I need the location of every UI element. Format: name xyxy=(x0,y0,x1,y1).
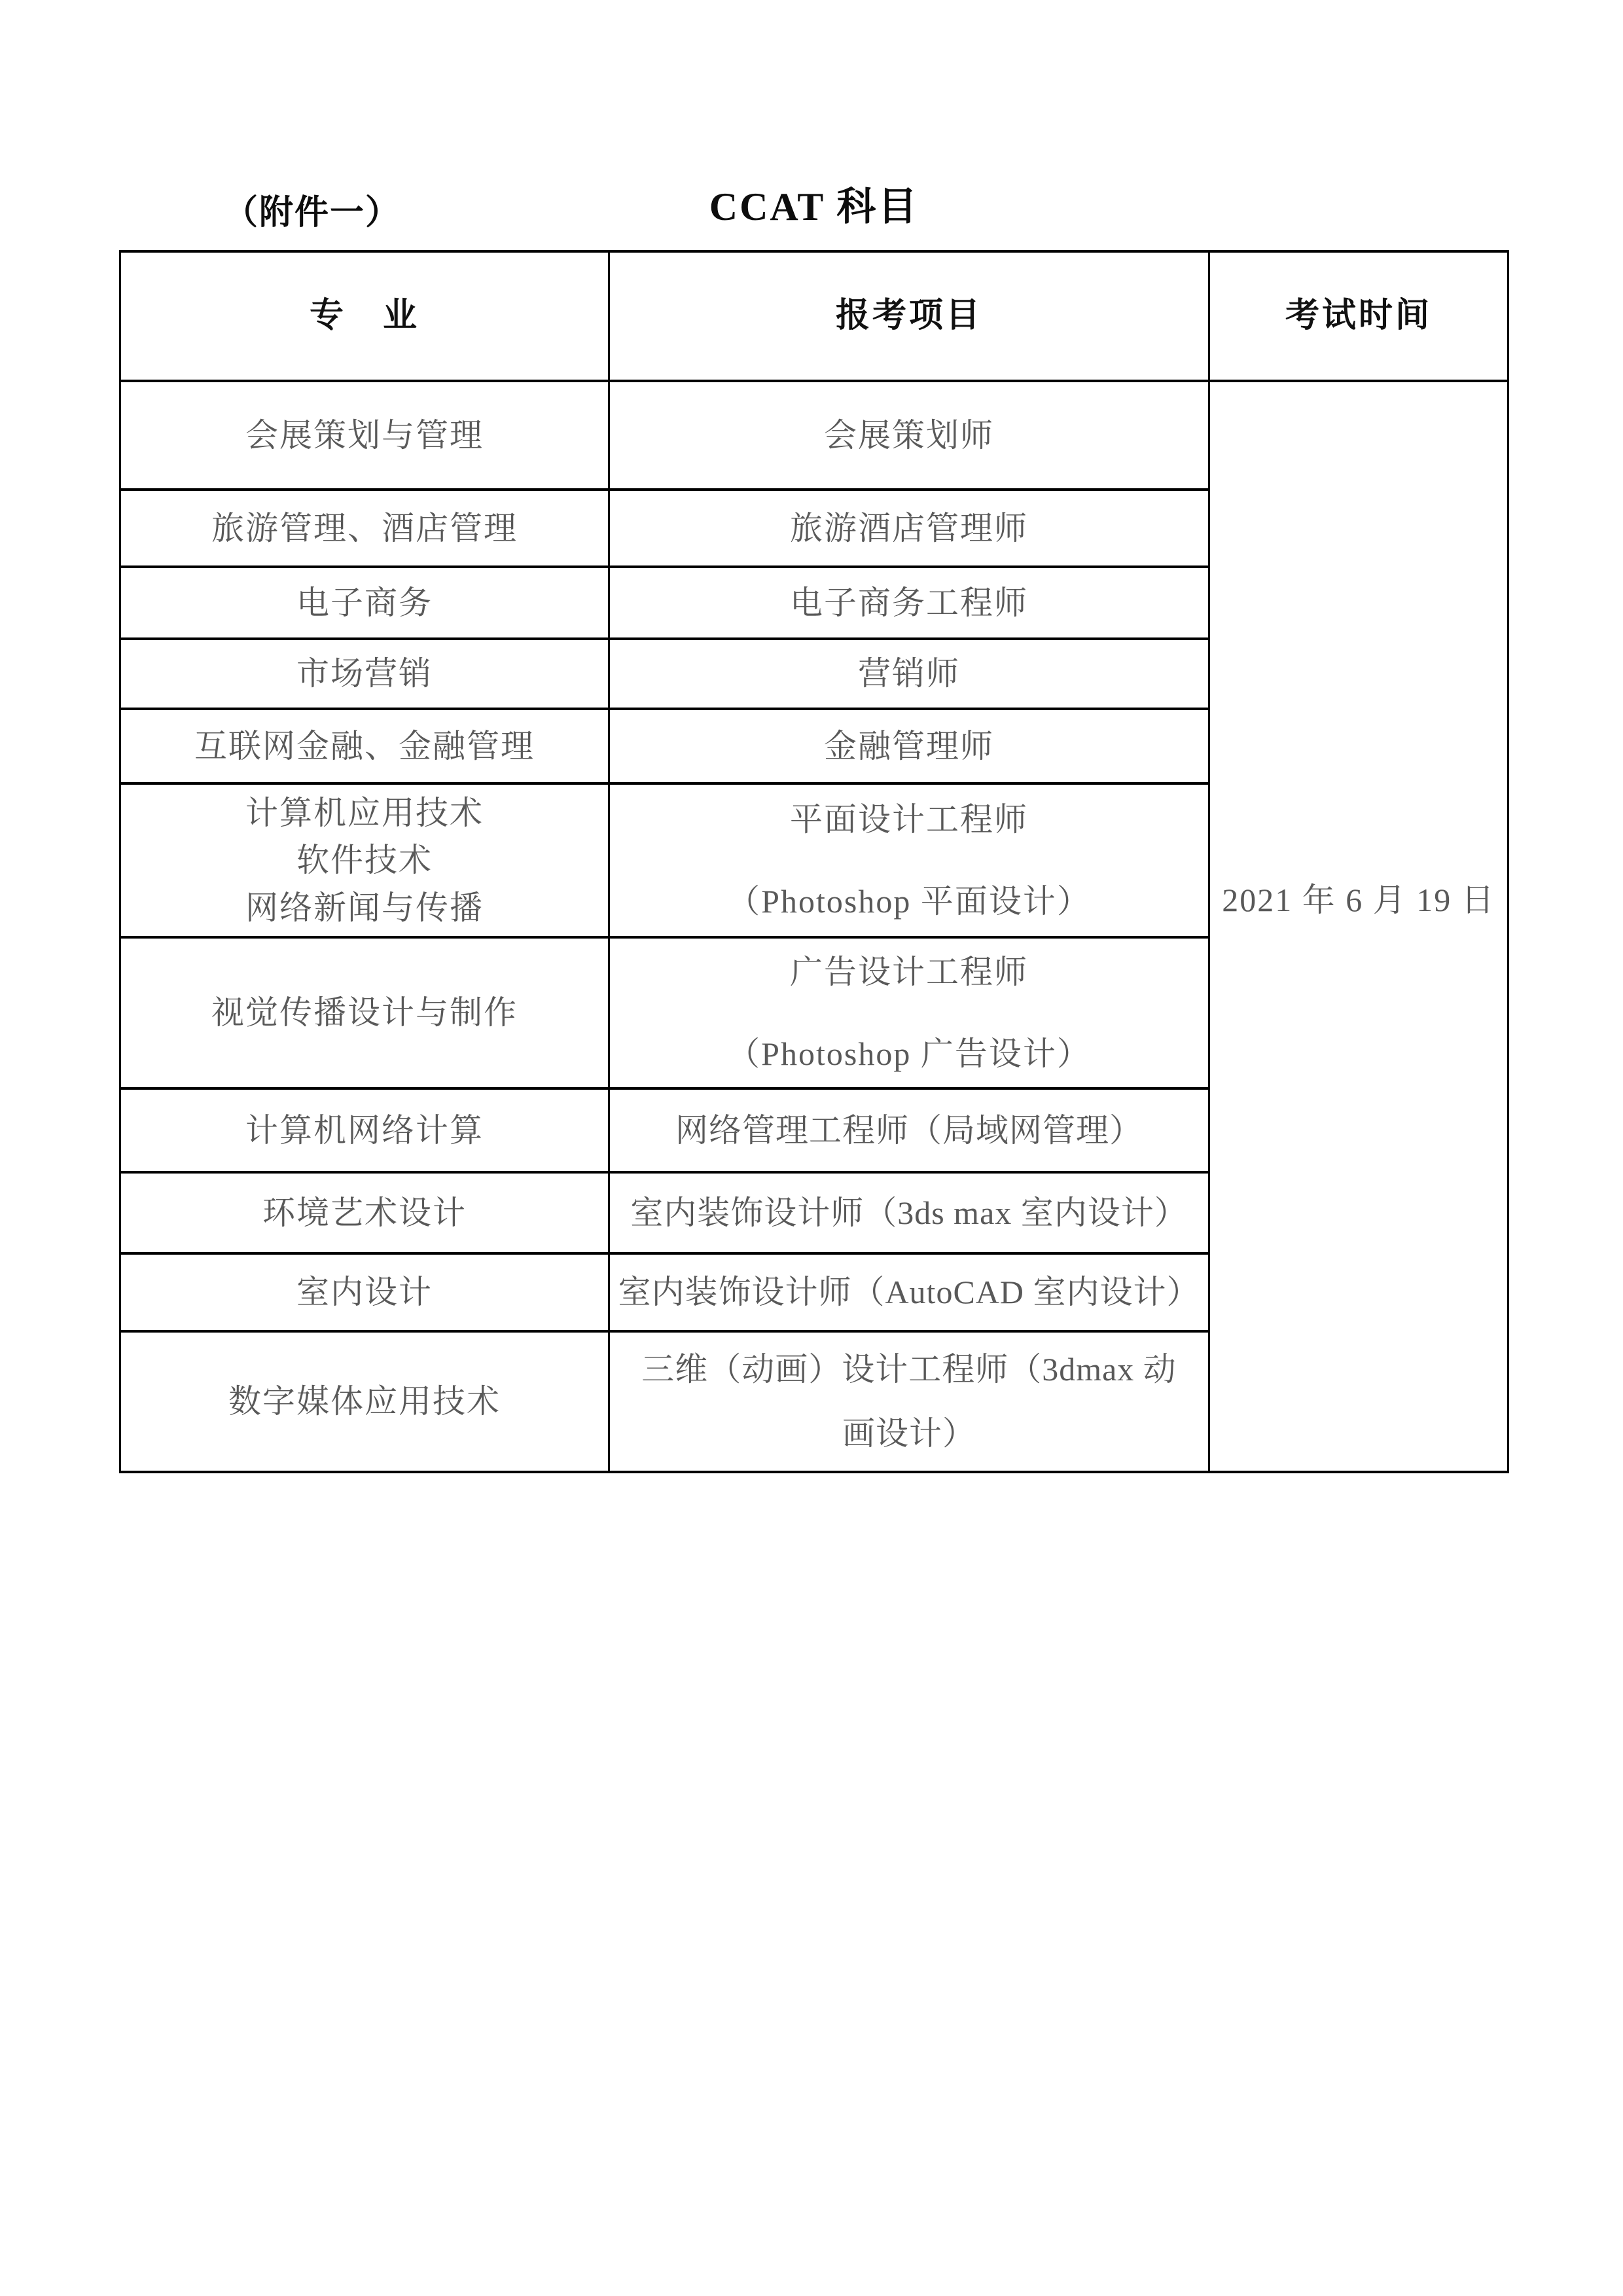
project-cell: 广告设计工程师 （Photoshop 广告设计） xyxy=(610,939,1210,1090)
project-cell: 营销师 xyxy=(610,640,1210,710)
column-header-time: 考试时间 xyxy=(1210,253,1507,382)
ccat-subjects-table: 专 业 报考项目 考试时间 2021 年 6 月 19 日 会展策划与管理 会展… xyxy=(119,250,1509,1473)
project-cell: 网络管理工程师（局域网管理） xyxy=(610,1090,1210,1174)
major-cell: 数字媒体应用技术 xyxy=(121,1333,610,1471)
major-cell: 会展策划与管理 xyxy=(121,382,610,491)
project-cell: 金融管理师 xyxy=(610,710,1210,785)
major-cell: 互联网金融、金融管理 xyxy=(121,710,610,785)
page-title: CCAT 科目 xyxy=(119,175,1509,232)
major-cell: 计算机网络计算 xyxy=(121,1090,610,1174)
major-cell: 计算机应用技术 软件技术 网络新闻与传播 xyxy=(121,785,610,939)
column-header-project: 报考项目 xyxy=(610,253,1210,382)
major-cell: 环境艺术设计 xyxy=(121,1174,610,1255)
document-page: （附件一） CCAT 科目 专 业 报考项目 考试时间 2021 年 6 月 1… xyxy=(0,0,1623,2296)
major-cell: 电子商务 xyxy=(121,568,610,640)
project-cell: 室内装饰设计师（AutoCAD 室内设计） xyxy=(610,1255,1210,1333)
major-cell: 视觉传播设计与制作 xyxy=(121,939,610,1090)
major-cell: 旅游管理、酒店管理 xyxy=(121,491,610,568)
exam-time-cell: 2021 年 6 月 19 日 xyxy=(1210,382,1507,1471)
project-cell: 平面设计工程师 （Photoshop 平面设计） xyxy=(610,785,1210,939)
major-cell: 室内设计 xyxy=(121,1255,610,1333)
major-cell: 市场营销 xyxy=(121,640,610,710)
project-cell: 室内装饰设计师（3ds max 室内设计） xyxy=(610,1174,1210,1255)
project-cell: 三维（动画）设计工程师（3dmax 动 画设计） xyxy=(610,1333,1210,1471)
project-cell: 会展策划师 xyxy=(610,382,1210,491)
column-header-major: 专 业 xyxy=(121,253,610,382)
project-cell: 旅游酒店管理师 xyxy=(610,491,1210,568)
project-cell: 电子商务工程师 xyxy=(610,568,1210,640)
